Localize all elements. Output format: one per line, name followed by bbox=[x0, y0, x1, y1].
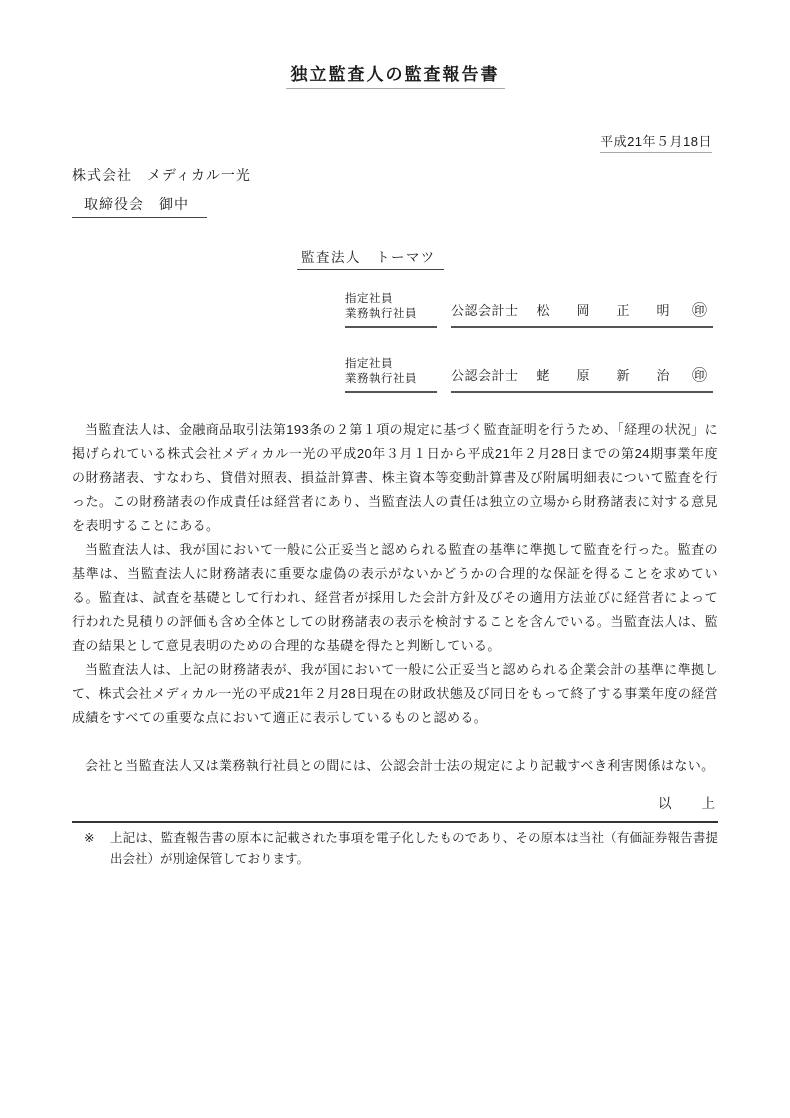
closing-text: 以 上 bbox=[658, 796, 716, 811]
signature-role-titles: 指定社員 業務執行社員 bbox=[345, 357, 437, 393]
seal-icon: ㊞ bbox=[692, 299, 707, 320]
title-row: 独立監査人の監査報告書 bbox=[0, 0, 790, 89]
signature-block-2: 指定社員 業務執行社員 公認会計士 蛯 原 新 治 ㊞ bbox=[345, 357, 790, 393]
signature-role-line2: 業務執行社員 bbox=[345, 307, 437, 322]
signatory-qualification: 公認会計士 bbox=[451, 365, 519, 384]
date-row: 平成21年５月18日 bbox=[0, 131, 790, 153]
signature-name-row: 公認会計士 蛯 原 新 治 ㊞ bbox=[451, 357, 713, 393]
closing-row: 以 上 bbox=[0, 792, 790, 812]
addressee-recipient: 取締役会 御中 bbox=[72, 194, 207, 218]
signatory-qualification: 公認会計士 bbox=[451, 300, 519, 319]
report-body: 当監査法人は、金融商品取引法第193条の２第１項の規定に基づく監査証明を行うため… bbox=[72, 418, 718, 778]
footnote-text: 上記は、監査報告書の原本に記載された事項を電子化したものであり、その原本は当社（… bbox=[110, 828, 718, 870]
audit-firm-row: 監査法人 トーマツ bbox=[0, 246, 790, 270]
audit-firm-name: 監査法人 トーマツ bbox=[297, 246, 444, 270]
signature-role-line1: 指定社員 bbox=[345, 357, 437, 372]
signature-role-line1: 指定社員 bbox=[345, 292, 437, 307]
signatory-name: 松 岡 正 明 bbox=[537, 300, 677, 319]
footnote-marker: ※ bbox=[84, 828, 110, 870]
body-paragraph-scope: 当監査法人は、金融商品取引法第193条の２第１項の規定に基づく監査証明を行うため… bbox=[72, 418, 718, 538]
page-title: 独立監査人の監査報告書 bbox=[286, 60, 505, 89]
signature-name-row: 公認会計士 松 岡 正 明 ㊞ bbox=[451, 292, 713, 328]
audit-report-page: 独立監査人の監査報告書 平成21年５月18日 株式会社 メディカル一光 取締役会… bbox=[0, 0, 790, 1118]
report-date: 平成21年５月18日 bbox=[600, 131, 712, 153]
body-paragraph-opinion: 当監査法人は、上記の財務諸表が、我が国において一般に公正妥当と認められる企業会計… bbox=[72, 658, 718, 730]
signature-block-1: 指定社員 業務執行社員 公認会計士 松 岡 正 明 ㊞ bbox=[345, 292, 790, 328]
signatory-name: 蛯 原 新 治 bbox=[537, 365, 677, 384]
signature-role-titles: 指定社員 業務執行社員 bbox=[345, 292, 437, 328]
footnote-divider bbox=[72, 821, 718, 823]
seal-icon: ㊞ bbox=[692, 364, 707, 385]
footnote: ※ 上記は、監査報告書の原本に記載された事項を電子化したものであり、その原本は当… bbox=[84, 828, 718, 870]
addressee-recipient-row: 取締役会 御中 bbox=[0, 194, 790, 218]
body-paragraph-independence: 会社と当監査法人又は業務執行社員との間には、公認会計士法の規定により記載すべき利… bbox=[72, 754, 718, 778]
addressee-company: 株式会社 メディカル一光 bbox=[72, 165, 790, 185]
signature-role-line2: 業務執行社員 bbox=[345, 372, 437, 387]
body-paragraph-standards: 当監査法人は、我が国において一般に公正妥当と認められる監査の基準に準拠して監査を… bbox=[72, 538, 718, 658]
